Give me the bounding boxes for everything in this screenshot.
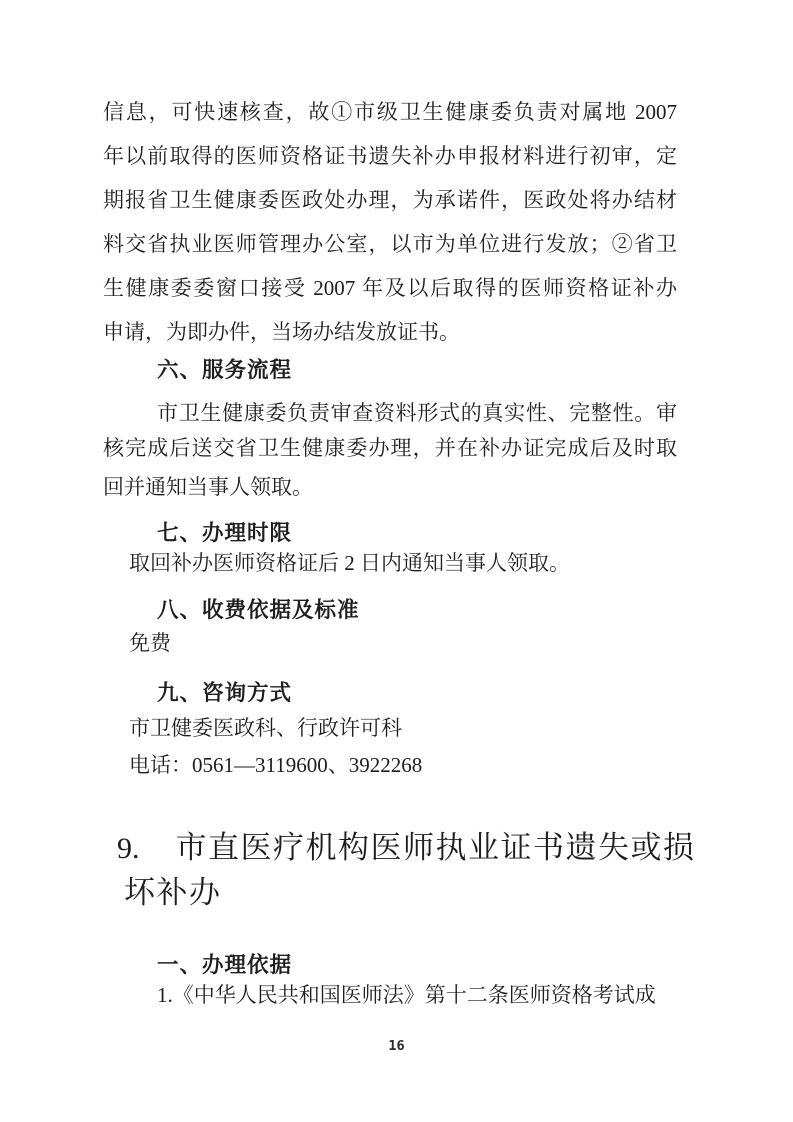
body-line: 核完成后送交省卫生健康委办理，并在补办证完成后及时取 bbox=[103, 436, 677, 460]
body-line: 取回补办医师资格证后 2 日内通知当事人领取。 bbox=[129, 551, 570, 575]
document-page: 信息，可快速核查，故①市级卫生健康委负责对属地 2007 年以前取得的医师资格证… bbox=[0, 0, 793, 1122]
chapter-heading-line2: 坏补办 bbox=[124, 875, 222, 911]
chapter-heading-line1: 9.市直医疗机构医师执业证书遗失或损 bbox=[117, 830, 696, 867]
section-heading-legal-basis: 一、办理依据 bbox=[157, 953, 292, 978]
body-line: 回并通知当事人领取。 bbox=[103, 475, 313, 499]
body-line: 市卫生健康委负责审查资料形式的真实性、完整性。审 bbox=[103, 401, 677, 425]
body-line: 免费 bbox=[129, 631, 171, 655]
section-heading-time-limit: 七、办理时限 bbox=[157, 521, 292, 546]
body-line: 年以前取得的医师资格证书遗失补办申报材料进行初审，定 bbox=[103, 144, 677, 168]
body-line: 期报省卫生健康委医政处办理，为承诺件，医政处将办结材 bbox=[103, 188, 677, 212]
page-number: 16 bbox=[0, 1039, 793, 1055]
chapter-number: 9. bbox=[117, 832, 140, 865]
chapter-title: 市直医疗机构医师执业证书遗失或损 bbox=[176, 830, 696, 865]
body-line: 1.《中华人民共和国医师法》第十二条医师资格考试成 bbox=[157, 983, 656, 1007]
section-heading-fees: 八、收费依据及标准 bbox=[157, 598, 360, 623]
body-line-phone: 电话：0561—3119600、3922268 bbox=[129, 753, 422, 777]
section-heading-service-process: 六、服务流程 bbox=[157, 358, 292, 383]
section-heading-consultation: 九、咨询方式 bbox=[157, 681, 292, 706]
body-line: 申请，为即办件，当场办结发放证书。 bbox=[103, 320, 460, 344]
body-line: 料交省执业医师管理办公室，以市为单位进行发放；②省卫 bbox=[103, 232, 677, 256]
body-line: 生健康委委窗口接受 2007 年及以后取得的医师资格证补办 bbox=[103, 276, 677, 300]
body-line: 信息，可快速核查，故①市级卫生健康委负责对属地 2007 bbox=[103, 100, 677, 124]
body-line: 市卫健委医政科、行政许可科 bbox=[129, 716, 402, 740]
